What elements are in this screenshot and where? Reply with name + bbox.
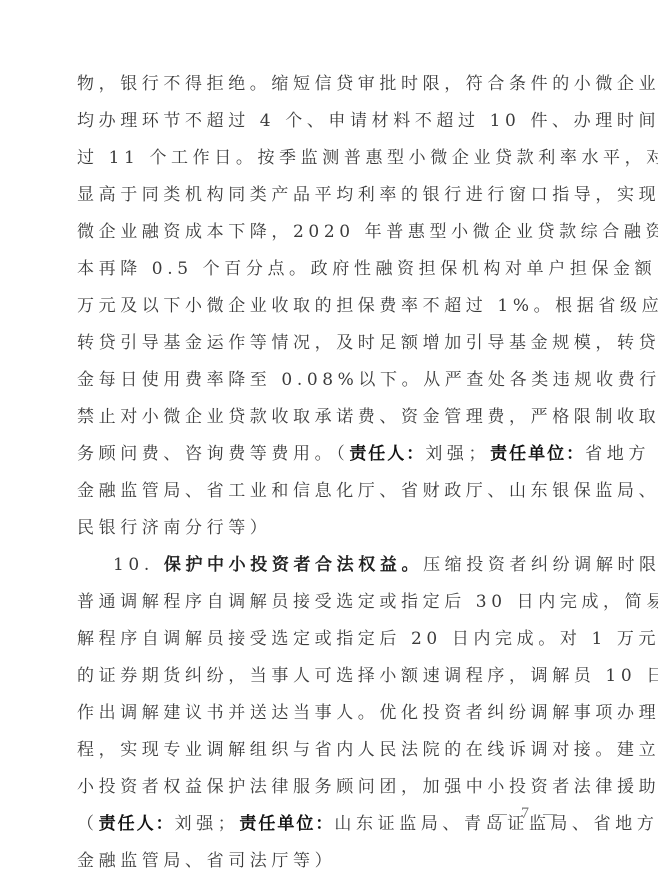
section-number: 10.	[113, 555, 154, 575]
text-line: 万元及以下小微企业收取的担保费率不超过 1%。根据省级应急	[77, 288, 574, 325]
section-heading: 保护中小投资者合法权益。	[164, 555, 423, 575]
text-line: 过 11 个工作日。按季监测普惠型小微企业贷款利率水平，对明	[77, 140, 574, 177]
text-line: 转贷引导基金运作等情况，及时足额增加引导基金规模，转贷基	[77, 325, 574, 362]
text-line: 禁止对小微企业贷款收取承诺费、资金管理费，严格限制收取财	[77, 399, 574, 436]
text-line: 显高于同类机构同类产品平均利率的银行进行窗口指导，实现小	[77, 177, 574, 214]
dash-right	[543, 814, 557, 815]
responsible-person: 刘强；	[175, 814, 240, 834]
text-line: 普通调解程序自调解员接受选定或指定后 30 日内完成，简易调	[77, 584, 574, 621]
section-heading-line: 10. 保护中小投资者合法权益。压缩投资者纠纷调解时限，	[77, 547, 574, 584]
responsibility-line: 务顾问费、咨询费等费用。（责任人：刘强；责任单位：省地方	[77, 436, 574, 473]
responsible-unit: 省地方	[585, 444, 650, 464]
text-line: 本再降 0.5 个百分点。政府性融资担保机构对单户担保金额 500	[77, 251, 574, 288]
document-page: 物，银行不得拒绝。缩短信贷审批时限，符合条件的小微企业平 均办理环节不超过 4 …	[0, 0, 658, 883]
page-number-value: 7	[521, 805, 529, 823]
responsible-person-label: 责任人：	[349, 444, 425, 464]
responsible-person: 刘强；	[425, 444, 490, 464]
text-line: 解程序自调解员接受选定或指定后 20 日内完成。对 1 万元以下	[77, 621, 574, 658]
text-line: 的证券期货纠纷，当事人可选择小额速调程序，调解员 10 日内	[77, 658, 574, 695]
page-number: 7	[493, 805, 557, 823]
dash-left	[493, 814, 507, 815]
body-text: 物，银行不得拒绝。缩短信贷审批时限，符合条件的小微企业平 均办理环节不超过 4 …	[77, 66, 574, 880]
text-line: 程，实现专业调解组织与省内人民法院的在线诉调对接。建立中	[77, 732, 574, 769]
text-line: 民银行济南分行等）	[77, 510, 574, 547]
text-line: 小投资者权益保护法律服务顾问团，加强中小投资者法律援助。	[77, 769, 574, 806]
responsible-unit-label: 责任单位：	[239, 814, 334, 834]
text-line: 金每日使用费率降至 0.08%以下。从严查处各类违规收费行为，	[77, 362, 574, 399]
responsible-unit-label: 责任单位：	[490, 444, 585, 464]
text-segment: （	[77, 814, 99, 834]
text-line: 金融监管局、省司法厅等）	[77, 843, 574, 880]
text-line: 金融监管局、省工业和信息化厅、省财政厅、山东银保监局、人	[77, 473, 574, 510]
text-line: 物，银行不得拒绝。缩短信贷审批时限，符合条件的小微企业平	[77, 66, 574, 103]
text-line: 均办理环节不超过 4 个、申请材料不超过 10 件、办理时间不超	[77, 103, 574, 140]
text-line: 微企业融资成本下降，2020 年普惠型小微企业贷款综合融资成	[77, 214, 574, 251]
responsible-person-label: 责任人：	[99, 814, 175, 834]
text-segment: 务顾问费、咨询费等费用。（	[77, 444, 349, 464]
text-line: 作出调解建议书并送达当事人。优化投资者纠纷调解事项办理流	[77, 695, 574, 732]
text-segment: 压缩投资者纠纷调解时限，	[423, 555, 658, 575]
